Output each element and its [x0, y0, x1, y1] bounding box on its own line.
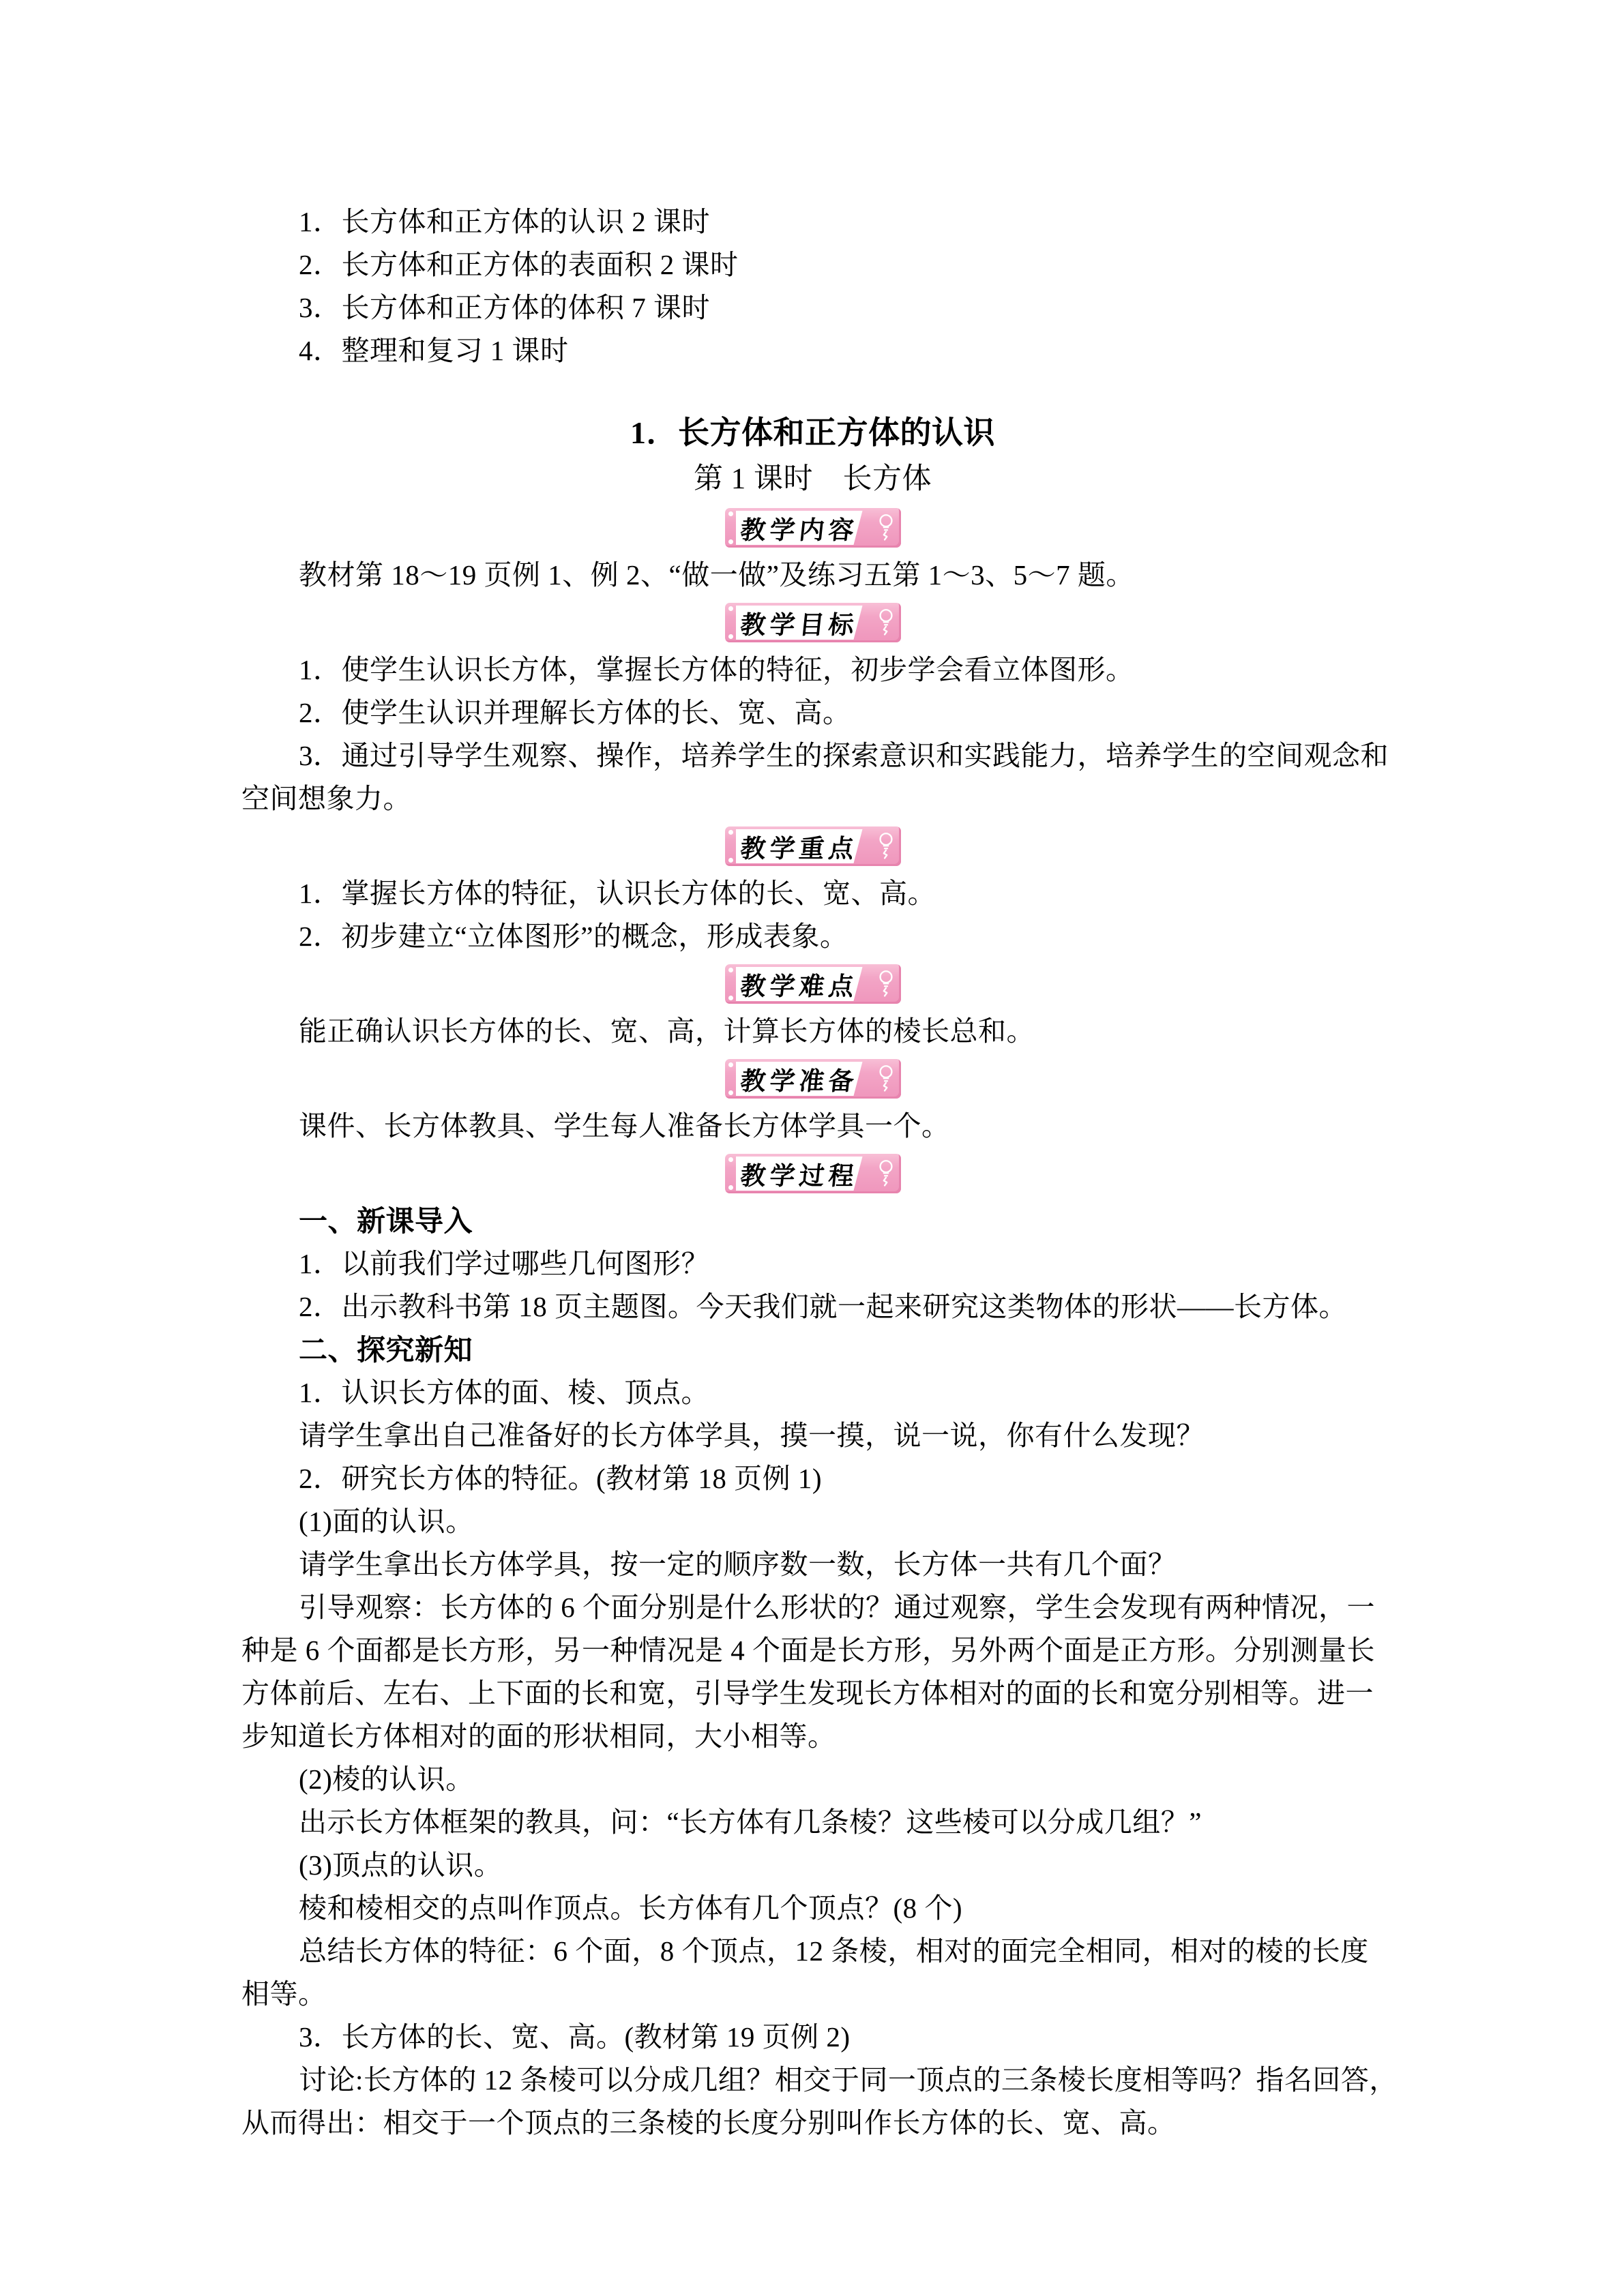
- badge-label: 教学目标: [739, 604, 860, 641]
- badge-label-plate: 教学过程: [736, 1157, 863, 1191]
- explore-step-3: 3．长方体的长、宽、高。(教材第 19 页例 2): [241, 2016, 1384, 2059]
- page-title: 1．长方体和正方体的认识: [241, 409, 1384, 457]
- faces-line-4: 方体前后、左右、上下面的长和宽，引导学生发现长方体相对的面的长和宽分别相等。进一: [241, 1672, 1384, 1715]
- badge-corner-dot: [728, 1157, 733, 1162]
- intro-step-2: 2．出示教科书第 18 页主题图。今天我们就一起来研究这类物体的形状——长方体。: [241, 1285, 1384, 1328]
- lightbulb-icon: [875, 1064, 897, 1094]
- badge-teaching-content-row: 教学内容: [241, 508, 1384, 548]
- faces-line-3: 种是 6 个面都是长方形，另一种情况是 4 个面是长方形，另外两个面是正方形。分…: [241, 1629, 1384, 1672]
- summary-line-2: 相等。: [241, 1973, 1384, 2016]
- heading-explore-new-knowledge: 二、探究新知: [241, 1328, 1384, 1371]
- lesson-subtitle: 第 1 课时 长方体: [241, 457, 1384, 502]
- badge-corner-dot: [728, 1090, 733, 1095]
- badge-label: 教学重点: [739, 828, 860, 865]
- objective-1: 1．使学生认识长方体，掌握长方体的特征，初步学会看立体图形。: [241, 648, 1384, 691]
- discussion-line-2: 从而得出：相交于一个顶点的三条棱的长度分别叫作长方体的长、宽、高。: [241, 2102, 1384, 2145]
- badge-teaching-key-points-row: 教学重点: [241, 826, 1384, 866]
- heading-new-lesson-intro: 一、新课导入: [241, 1199, 1384, 1242]
- course-hours-item-1: 1．长方体和正方体的认识 2 课时: [241, 200, 1384, 243]
- objective-3-line-1: 3．通过引导学生观察、操作，培养学生的探索意识和实践能力，培养学生的空间观念和: [241, 734, 1384, 777]
- lightbulb-icon: [875, 831, 897, 861]
- badge-teaching-content: 教学内容: [725, 508, 901, 548]
- badge-teaching-preparation: 教学准备: [725, 1059, 901, 1099]
- badge-teaching-difficulties: 教学难点: [725, 964, 901, 1004]
- lightbulb-icon: [875, 608, 897, 638]
- explore-step-1: 1．认识长方体的面、棱、顶点。: [241, 1371, 1384, 1414]
- badge-teaching-objectives: 教学目标: [725, 603, 901, 642]
- badge-label-plate: 教学重点: [736, 829, 863, 863]
- difficulty-text: 能正确认识长方体的长、宽、高，计算长方体的棱长总和。: [241, 1010, 1384, 1053]
- badge-label-plate: 教学准备: [736, 1062, 863, 1096]
- intro-step-1: 1．以前我们学过哪些几何图形？: [241, 1242, 1384, 1285]
- badge-label-plate: 教学目标: [736, 606, 863, 640]
- vertices-subheading: (3)顶点的认识。: [241, 1844, 1384, 1887]
- badge-corner-dot: [728, 996, 733, 1000]
- document-body: 1．长方体和正方体的认识 2 课时2．长方体和正方体的表面积 2 课时3．长方体…: [241, 200, 1384, 2145]
- edges-subheading: (2)棱的认识。: [241, 1758, 1384, 1801]
- badge-teaching-preparation-row: 教学准备: [241, 1059, 1384, 1099]
- discussion-line-1: 讨论:长方体的 12 条棱可以分成几组？相交于同一顶点的三条棱长度相等吗？指名回…: [241, 2059, 1384, 2102]
- preparation-text: 课件、长方体教具、学生每人准备长方体学具一个。: [241, 1105, 1384, 1148]
- page: 1．长方体和正方体的认识 2 课时2．长方体和正方体的表面积 2 课时3．长方体…: [0, 0, 1624, 2296]
- faces-line-1: 请学生拿出长方体学具，按一定的顺序数一数，长方体一共有几个面？: [241, 1543, 1384, 1586]
- badge-label: 教学过程: [739, 1155, 860, 1192]
- badge-teaching-difficulties-row: 教学难点: [241, 964, 1384, 1004]
- lightbulb-icon: [875, 513, 897, 543]
- teaching-content-text: 教材第 18～19 页例 1、例 2、“做一做”及练习五第 1～3、5～7 题。: [241, 554, 1384, 597]
- badge-teaching-process-row: 教学过程: [241, 1154, 1384, 1193]
- badge-corner-dot: [728, 830, 733, 835]
- lightbulb-icon: [875, 969, 897, 999]
- vertices-line-1: 棱和棱相交的点叫作顶点。长方体有几个顶点？(8 个): [241, 1887, 1384, 1930]
- badge-label: 教学内容: [739, 509, 860, 546]
- edges-line-1: 出示长方体框架的教具，问：“长方体有几条棱？这些棱可以分成几组？”: [241, 1801, 1384, 1844]
- faces-line-5: 步知道长方体相对的面的形状相同，大小相等。: [241, 1715, 1384, 1758]
- badge-teaching-key-points: 教学重点: [725, 826, 901, 866]
- badge-label-plate: 教学难点: [736, 967, 863, 1001]
- badge-corner-dot: [728, 1062, 733, 1067]
- key-point-2: 2．初步建立“立体图形”的概念，形成表象。: [241, 915, 1384, 958]
- course-hours-item-3: 3．长方体和正方体的体积 7 课时: [241, 286, 1384, 329]
- objective-2: 2．使学生认识并理解长方体的长、宽、高。: [241, 691, 1384, 734]
- badge-corner-dot: [728, 606, 733, 611]
- explore-step-2: 2．研究长方体的特征。(教材第 18 页例 1): [241, 1457, 1384, 1500]
- explore-step-1-detail: 请学生拿出自己准备好的长方体学具，摸一摸，说一说，你有什么发现？: [241, 1414, 1384, 1457]
- badge-corner-dot: [728, 968, 733, 972]
- badge-corner-dot: [728, 858, 733, 863]
- badge-label: 教学准备: [739, 1060, 860, 1097]
- badge-corner-dot: [728, 1185, 733, 1190]
- summary-line-1: 总结长方体的特征：6 个面，8 个顶点，12 条棱，相对的面完全相同，相对的棱的…: [241, 1930, 1384, 1973]
- badge-corner-dot: [728, 539, 733, 544]
- course-hours-item-4: 4．整理和复习 1 课时: [241, 329, 1384, 372]
- badge-corner-dot: [728, 511, 733, 516]
- badge-teaching-process: 教学过程: [725, 1154, 901, 1193]
- badge-label-plate: 教学内容: [736, 511, 863, 545]
- objective-3-line-2: 空间想象力。: [241, 777, 1384, 820]
- faces-subheading: (1)面的认识。: [241, 1500, 1384, 1543]
- badge-corner-dot: [728, 634, 733, 639]
- badge-label: 教学难点: [739, 966, 860, 1002]
- lightbulb-icon: [875, 1159, 897, 1189]
- badge-teaching-objectives-row: 教学目标: [241, 603, 1384, 642]
- faces-line-2: 引导观察：长方体的 6 个面分别是什么形状的？通过观察，学生会发现有两种情况，一: [241, 1586, 1384, 1629]
- key-point-1: 1．掌握长方体的特征，认识长方体的长、宽、高。: [241, 872, 1384, 915]
- course-hours-item-2: 2．长方体和正方体的表面积 2 课时: [241, 243, 1384, 286]
